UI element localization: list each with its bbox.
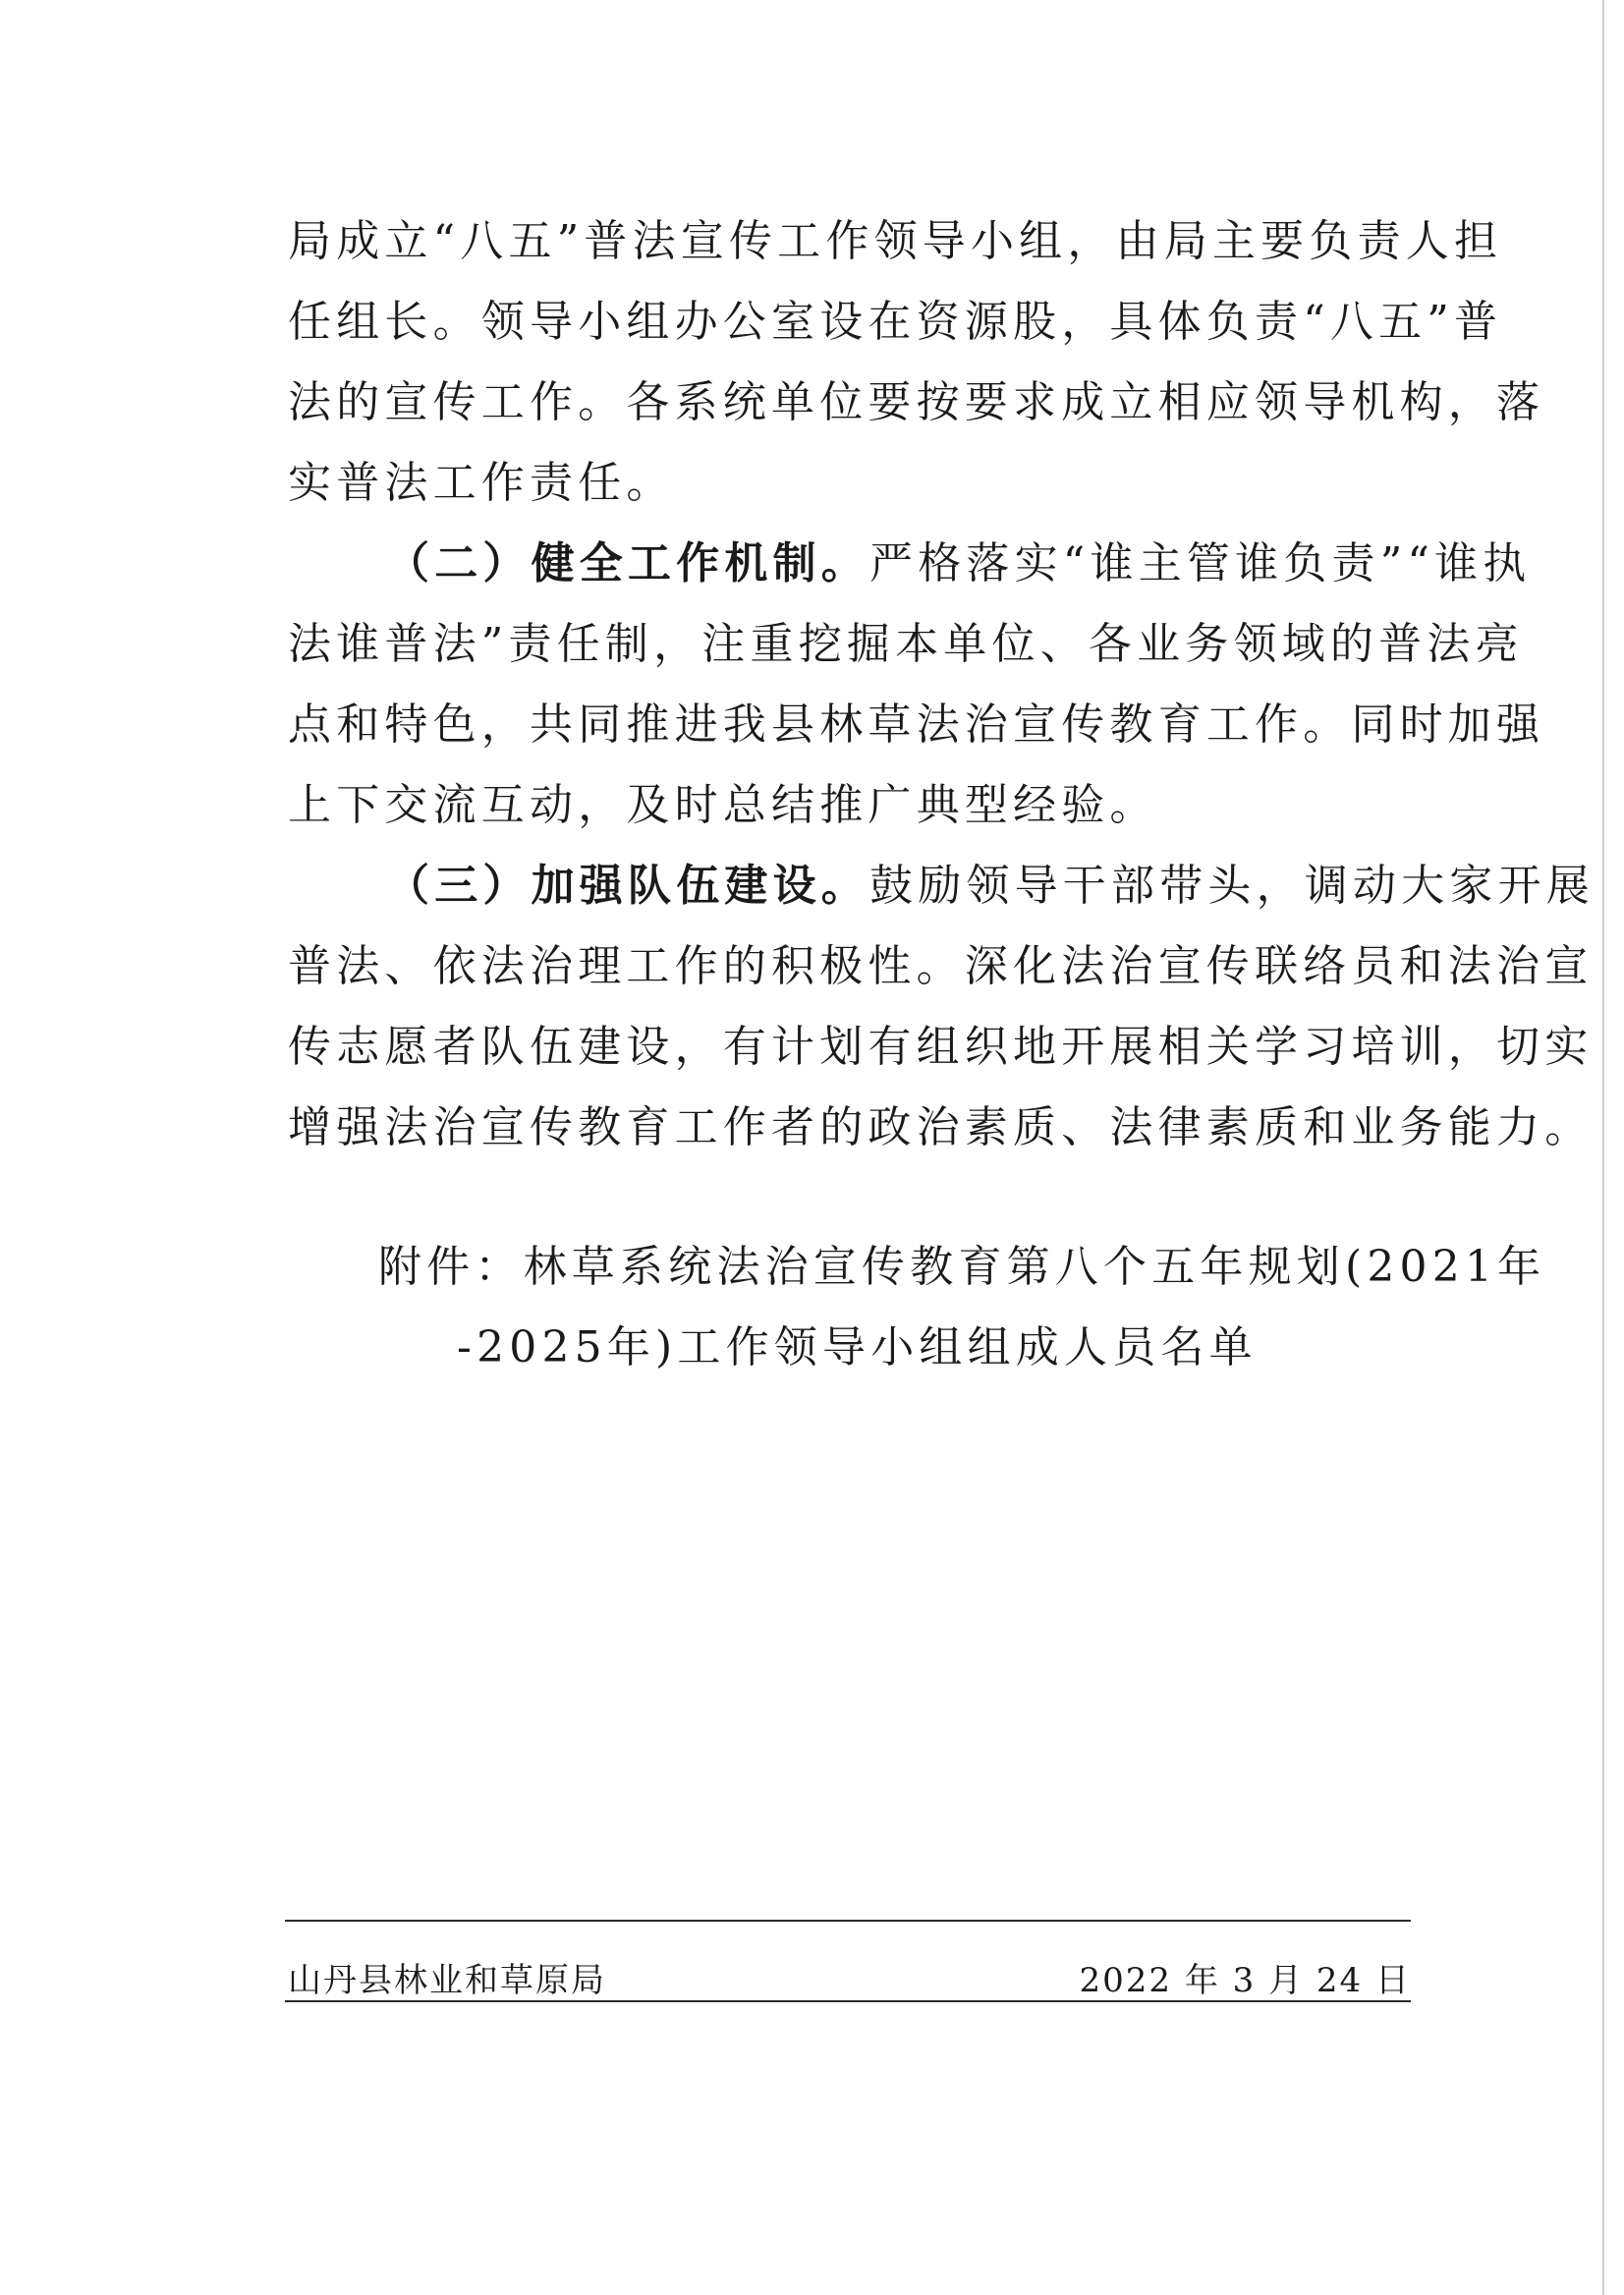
page-edge-line <box>1602 0 1604 2295</box>
attachment-line: -2025年)工作领导小组组成人员名单 <box>378 1320 1420 1401</box>
top-divider <box>285 1920 1411 1922</box>
text-line: 增强法治宣传教育工作者的政治素质、法律素质和业务能力。 <box>288 1100 1418 1181</box>
text-line: 任组长。领导小组办公室设在资源股，具体负责“八五”普 <box>288 295 1418 375</box>
section-heading: （三）加强队伍建设。 <box>386 861 869 911</box>
text-line: （二）健全工作机制。严格落实“谁主管谁负责”“谁执 <box>288 536 1418 617</box>
issue-date: 2022 年 3 月 24 日 <box>1080 1961 1411 2000</box>
paragraph-leadership-group: 局成立“八五”普法宣传工作领导小组，由局主要负责人担 任组长。领导小组办公室设在… <box>288 214 1418 536</box>
text-run: 严格落实“谁主管谁负责”“谁执 <box>869 538 1531 588</box>
attachment-note: 附件：林草系统法治宣传教育第八个五年规划(2021年 -2025年)工作领导小组… <box>378 1240 1420 1401</box>
issuing-organization: 山丹县林业和草原局 <box>288 1961 606 2000</box>
text-line: 实普法工作责任。 <box>288 456 1418 536</box>
document-body: 局成立“八五”普法宣传工作领导小组，由局主要负责人担 任组长。领导小组办公室设在… <box>288 214 1418 1181</box>
attachment-line: 附件：林草系统法治宣传教育第八个五年规划(2021年 <box>378 1240 1420 1320</box>
text-line: 局成立“八五”普法宣传工作领导小组，由局主要负责人担 <box>288 214 1418 295</box>
text-line: 法的宣传工作。各系统单位要按要求成立相应领导机构，落 <box>288 375 1418 456</box>
text-line: （三）加强队伍建设。鼓励领导干部带头，调动大家开展 <box>288 859 1418 939</box>
text-line: 普法、依法治理工作的积极性。深化法治宣传联络员和法治宣 <box>288 939 1418 1020</box>
text-line: 法谁普法”责任制，注重挖掘本单位、各业务领域的普法亮 <box>288 617 1418 698</box>
paragraph-team-building: （三）加强队伍建设。鼓励领导干部带头，调动大家开展 普法、依法治理工作的积极性。… <box>288 859 1418 1181</box>
bottom-divider <box>285 2000 1411 2002</box>
paragraph-work-mechanism: （二）健全工作机制。严格落实“谁主管谁负责”“谁执 法谁普法”责任制，注重挖掘本… <box>288 536 1418 859</box>
signature-row: 山丹县林业和草原局 2022 年 3 月 24 日 <box>288 1957 1411 2000</box>
section-heading: （二）健全工作机制。 <box>386 538 869 588</box>
text-run: 鼓励领导干部带头，调动大家开展 <box>869 861 1595 911</box>
text-line: 上下交流互动，及时总结推广典型经验。 <box>288 778 1418 859</box>
text-line: 传志愿者队伍建设，有计划有组织地开展相关学习培训，切实 <box>288 1020 1418 1100</box>
text-line: 点和特色，共同推进我县林草法治宣传教育工作。同时加强 <box>288 698 1418 778</box>
